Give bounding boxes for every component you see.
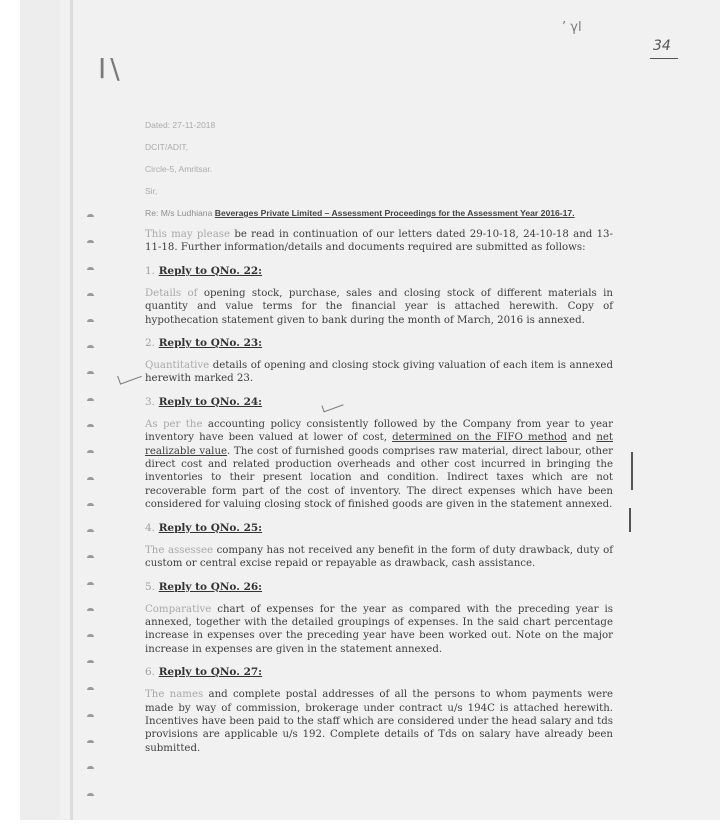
punch-hole-mark xyxy=(87,582,94,585)
punch-hole-mark xyxy=(87,529,94,532)
section-heading-qno-23: 2. Reply to QNo. 23: xyxy=(145,337,613,349)
punch-hole-mark xyxy=(87,503,94,506)
section-faded-text: Comparative xyxy=(145,604,211,615)
letter-subject: Re: M/s Ludhiana Beverages Private Limit… xyxy=(145,208,613,218)
margin-sideline xyxy=(631,452,633,490)
section-body-qno-27: The names and complete postal addresses … xyxy=(145,688,613,755)
section-heading-qno-22: 1. Reply to QNo. 22: xyxy=(145,265,613,277)
punch-hole-mark xyxy=(87,660,94,663)
section-number: 5. xyxy=(145,581,155,593)
punch-hole-mark xyxy=(87,766,94,769)
section-title: Reply to QNo. 23: xyxy=(159,337,262,349)
section-body-qno-24: As per the accounting policy consistentl… xyxy=(145,418,613,512)
section-number: 1. xyxy=(145,265,155,277)
punch-hole-mark xyxy=(87,371,94,374)
punch-hole-mark xyxy=(87,714,94,717)
punch-hole-mark xyxy=(87,793,94,796)
punch-hole-mark xyxy=(87,319,94,322)
punch-hole-mark xyxy=(87,687,94,690)
underlined-text: determined on the FIFO method xyxy=(392,432,567,443)
punch-hole-mark xyxy=(87,267,94,270)
section-heading-qno-26: 5. Reply to QNo. 26: xyxy=(145,581,613,593)
section-faded-text: As per the xyxy=(145,419,203,430)
punch-hole-mark xyxy=(87,740,94,743)
subject-main: Beverages Private Limited – Assessment P… xyxy=(215,208,575,218)
page-number-underline xyxy=(650,58,678,59)
section-text: and complete postal addresses of all the… xyxy=(145,689,613,754)
section-text: chart of expenses for the year as compar… xyxy=(145,604,613,655)
section-body-qno-25: The assessee company has not received an… xyxy=(145,544,613,571)
letter-date: Dated: 27-11-2018 xyxy=(145,120,613,142)
subject-prefix: Re: M/s Ludhiana xyxy=(145,208,212,218)
section-text: opening stock, purchase, sales and closi… xyxy=(145,288,613,326)
section-text: company has not received any benefit in … xyxy=(145,545,613,569)
section-body-qno-22: Details of opening stock, purchase, sale… xyxy=(145,287,613,327)
section-number: 2. xyxy=(145,337,155,349)
punch-hole-mark xyxy=(87,555,94,558)
section-title: Reply to QNo. 25: xyxy=(159,522,262,534)
section-faded-text: Quantitative xyxy=(145,360,209,371)
salutation: Sir, xyxy=(145,186,613,204)
section-faded-text: The assessee xyxy=(145,545,213,556)
punch-hole-mark xyxy=(87,450,94,453)
section-title: Reply to QNo. 22: xyxy=(159,265,262,277)
section-text: details of opening and closing stock giv… xyxy=(145,360,613,384)
punch-hole-mark xyxy=(87,345,94,348)
section-faded-text: Details of xyxy=(145,288,197,299)
punch-hole-mark xyxy=(87,424,94,427)
section-heading-qno-25: 4. Reply to QNo. 25: xyxy=(145,522,613,534)
section-text: and xyxy=(567,432,596,443)
handwritten-mark-top-right: ’ γl xyxy=(562,20,582,35)
section-heading-qno-24: 3. Reply to QNo. 24: xyxy=(145,396,613,408)
letter-body: Dated: 27-11-2018 DCIT/ADIT, Circle-5, A… xyxy=(145,120,613,755)
section-number: 3. xyxy=(145,396,155,408)
punch-hole-mark xyxy=(87,608,94,611)
recipient-office: Circle-5, Amritsar. xyxy=(145,164,613,186)
section-number: 6. xyxy=(145,666,155,678)
intro-faded-text: This may please xyxy=(145,229,230,240)
page-edge-strip xyxy=(70,0,73,820)
intro-paragraph: This may please be read in continuation … xyxy=(145,228,613,255)
section-number: 4. xyxy=(145,522,155,534)
section-faded-text: The names xyxy=(145,689,203,700)
punch-hole-mark xyxy=(87,214,94,217)
punch-hole-mark xyxy=(87,293,94,296)
punch-hole-mark xyxy=(87,477,94,480)
section-title: Reply to QNo. 24: xyxy=(159,396,262,408)
section-heading-qno-27: 6. Reply to QNo. 27: xyxy=(145,666,613,678)
section-title: Reply to QNo. 26: xyxy=(159,581,262,593)
punch-hole-mark xyxy=(87,634,94,637)
punch-hole-mark xyxy=(87,398,94,401)
recipient-title: DCIT/ADIT, xyxy=(145,142,613,164)
handwritten-page-number: 34 xyxy=(653,38,671,54)
margin-sideline xyxy=(629,508,631,532)
section-title: Reply to QNo. 27: xyxy=(159,666,262,678)
punch-hole-mark xyxy=(87,240,94,243)
section-body-qno-26: Comparative chart of expenses for the ye… xyxy=(145,603,613,657)
handwritten-mark-top-left: I\ xyxy=(98,52,124,85)
section-body-qno-23: Quantitative details of opening and clos… xyxy=(145,359,613,386)
